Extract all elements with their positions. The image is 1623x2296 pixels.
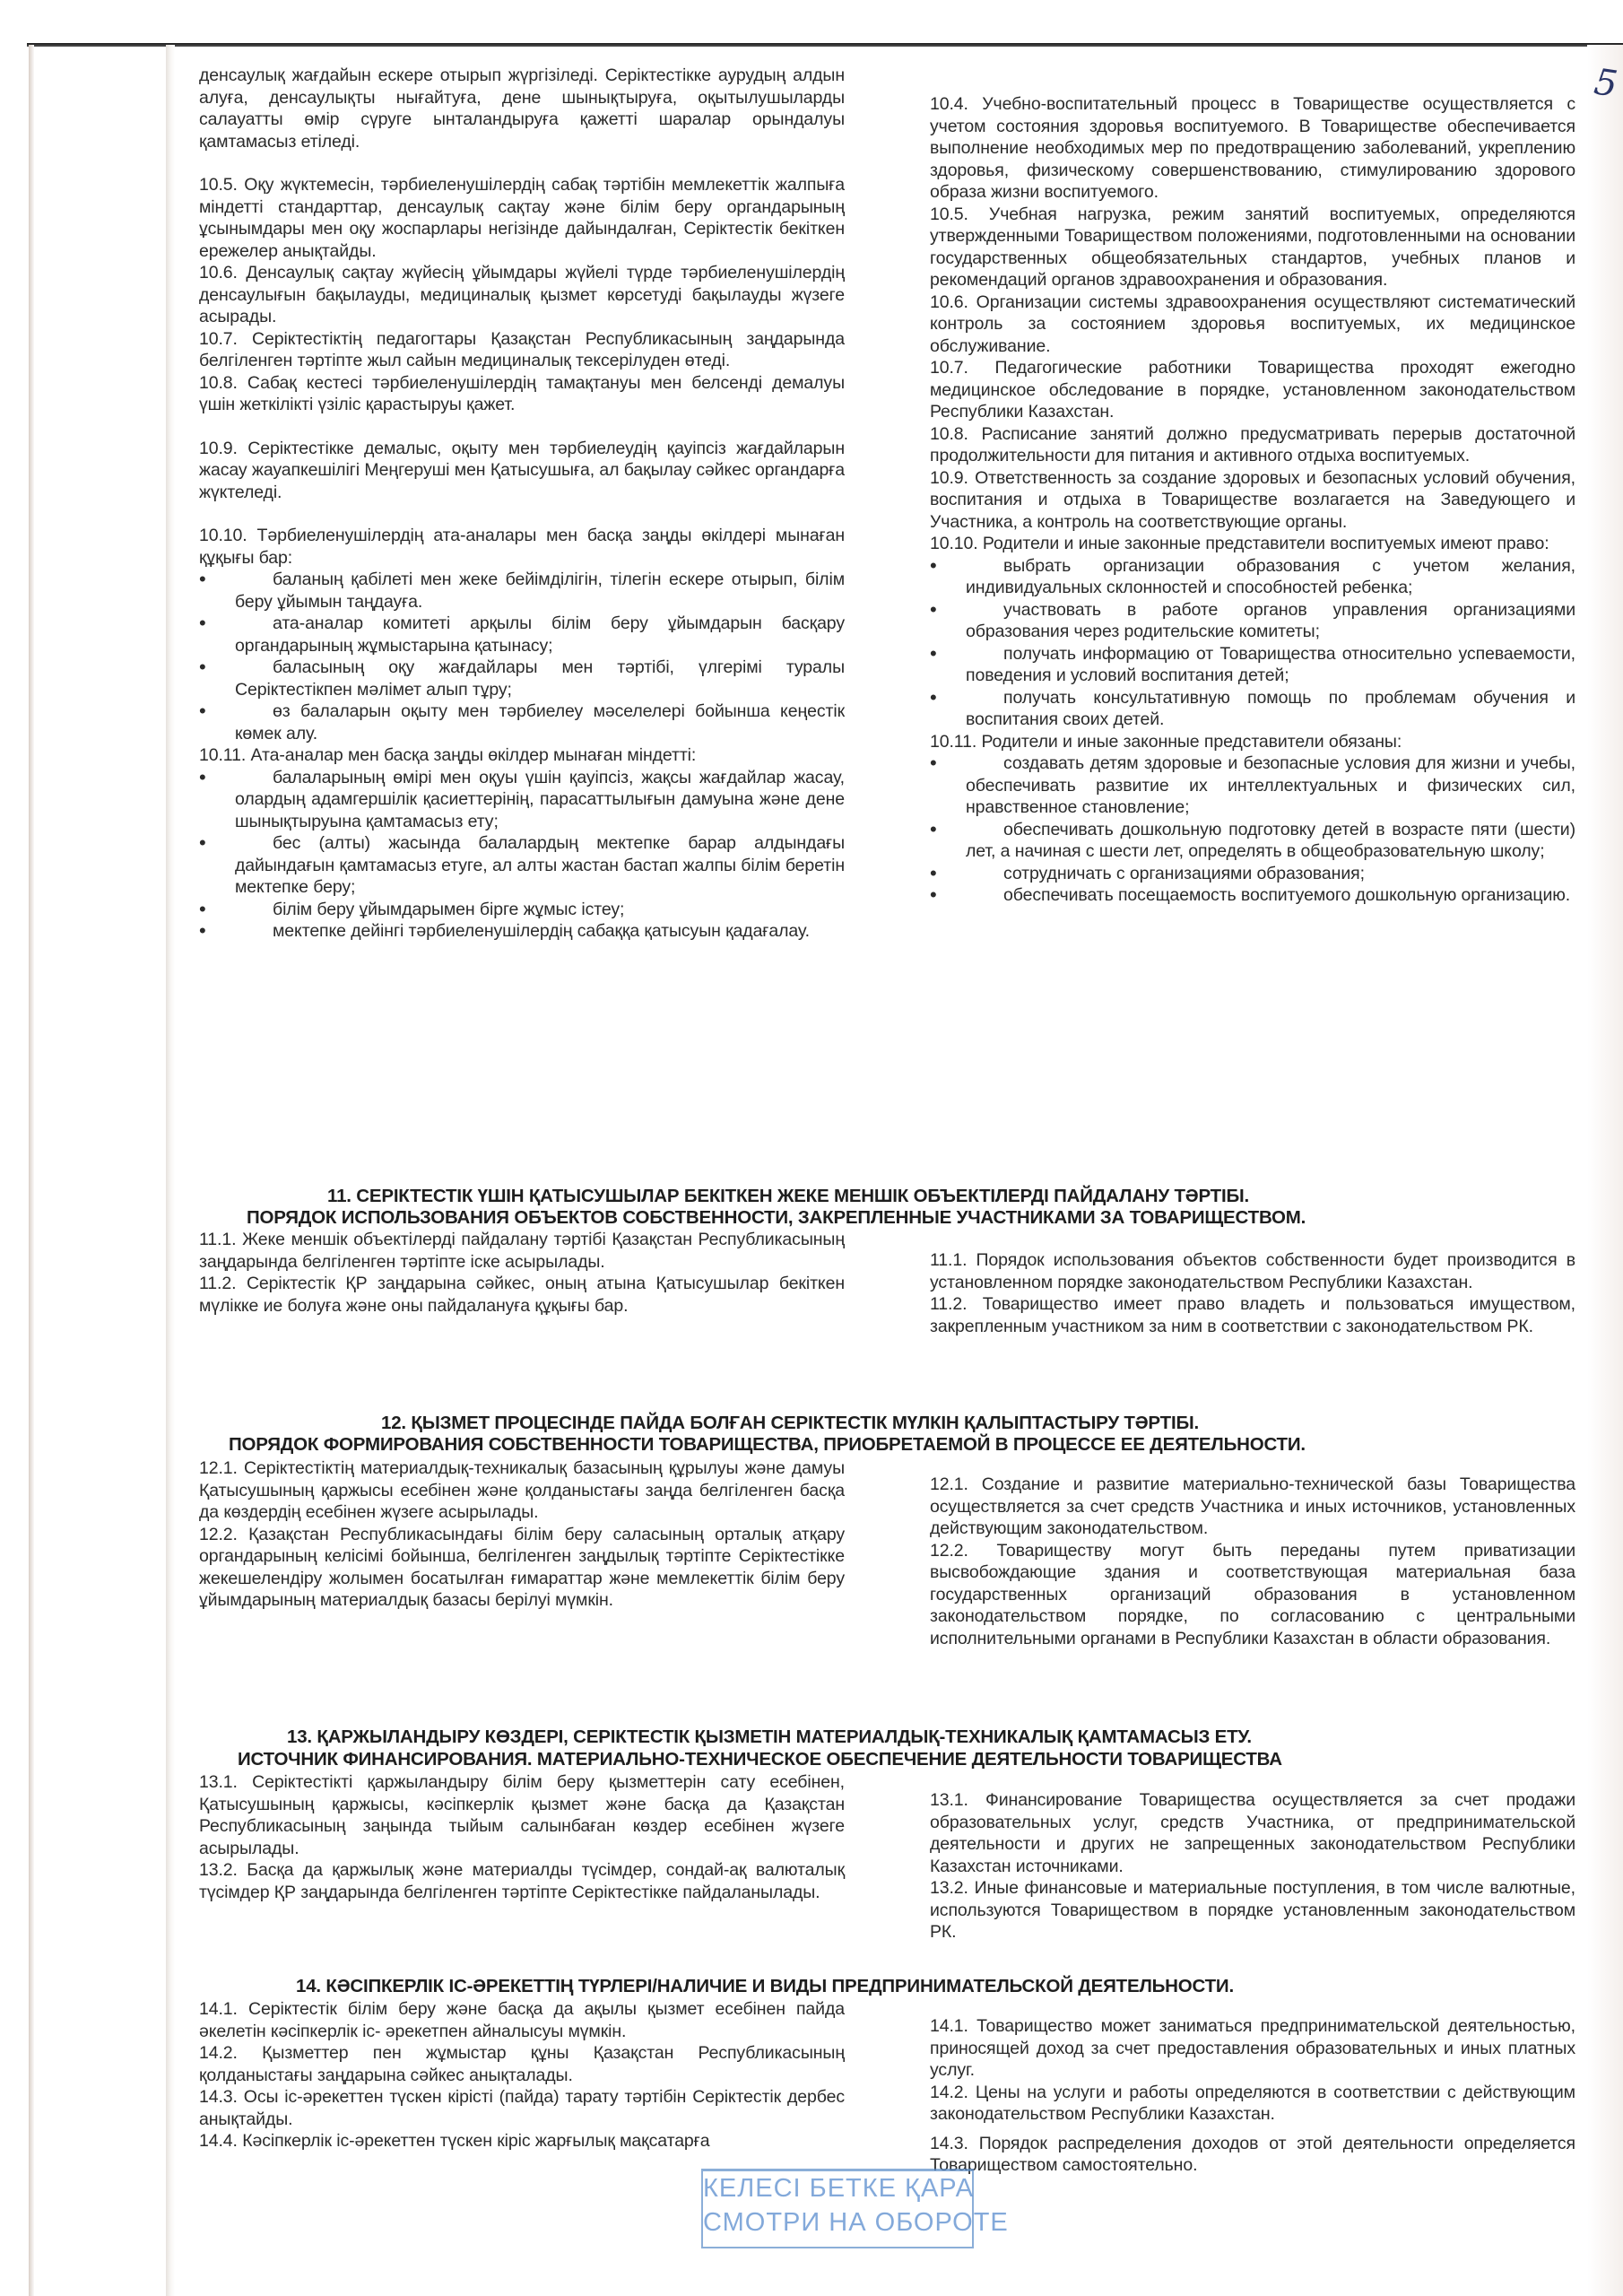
section-13-heading-kazakh: 13. ҚАРЖЫЛАНДЫРУ КӨЗДЕРІ, СЕРІКТЕСТІК ҚЫ… <box>287 1726 1252 1748</box>
paragraph: 14.3. Осы іс-әрекеттен түскен кірісті (п… <box>199 2086 845 2130</box>
paragraph: 10.5. Учебная нагрузка, режим занятий во… <box>930 204 1575 291</box>
section-13-heading-russian: ИСТОЧНИК ФИНАНСИРОВАНИЯ. МАТЕРИАЛЬНО-ТЕХ… <box>238 1749 1282 1770</box>
paragraph: 10.6. Денсаулық сақтау жүйесің ұйымдары … <box>199 262 845 328</box>
paragraph: 12.2. Қазақстан Республикасындағы білім … <box>199 1524 845 1612</box>
section-14-russian: 14.1. Товарищество может заниматься пред… <box>930 2015 1575 2177</box>
paragraph: 12.1. Серіктестіктің материалдық-техника… <box>199 1457 845 1524</box>
section-11-kazakh: 11.1. Жеке меншік объектілерді пайдалану… <box>199 1229 845 1317</box>
list-item: бес (алты) жасында балалардың мектепке б… <box>199 832 845 899</box>
paragraph: 10.7. Педагогические работники Товарищес… <box>930 357 1575 423</box>
paragraph: 14.2. Цены на услуги и работы определяют… <box>930 2082 1575 2126</box>
paragraph: 13.1. Финансирование Товарищества осущес… <box>930 1789 1575 1877</box>
paragraph: 10.8. Расписание занятий должно предусма… <box>930 423 1575 467</box>
paragraph: 10.10. Родители и иные законные представ… <box>930 533 1575 555</box>
list-item: сотрудничать с организациями образования… <box>930 863 1575 885</box>
list-item: выбрать организации образования с учетом… <box>930 555 1575 599</box>
section-13-russian: 13.1. Финансирование Товарищества осущес… <box>930 1789 1575 1944</box>
list-item: обеспечивать посещаемость воспитуемого д… <box>930 884 1575 907</box>
paragraph: 11.2. Серіктестік ҚР заңдарына сәйкес, о… <box>199 1273 845 1317</box>
rights-list: баланың қабілеті мен жеке бейімділігін, … <box>199 569 845 744</box>
section-11-russian: 11.1. Порядок использования объектов соб… <box>930 1249 1575 1337</box>
paragraph: 10.8. Сабақ кестесі тәрбиеленушілердің т… <box>199 372 845 416</box>
paragraph: 13.2. Басқа да қаржылық және материалды … <box>199 1859 845 1903</box>
section-11-heading-kazakh: 11. СЕРІКТЕСТІК ҮШІН ҚАТЫСУШЫЛАР БЕКІТКЕ… <box>327 1186 1249 1207</box>
paragraph: 14.3. Порядок распределения доходов от э… <box>930 2133 1575 2177</box>
list-item: мектепке дейінгі тәрбиеленушілердің саба… <box>199 920 845 943</box>
page-fold-shadow <box>166 45 175 2296</box>
rights-list: выбрать организации образования с учетом… <box>930 555 1575 731</box>
section-14-heading: 14. КӘСІПКЕРЛІК ІС-ӘРЕКЕТТІҢ ТҮРЛЕРІ/НАЛ… <box>296 1976 1234 1997</box>
paragraph: 14.1. Товарищество может заниматься пред… <box>930 2015 1575 2082</box>
duties-list: создавать детям здоровые и безопасные ус… <box>930 752 1575 907</box>
section-11-heading-russian: ПОРЯДОК ИСПОЛЬЗОВАНИЯ ОБЪЕКТОВ СОБСТВЕНН… <box>247 1207 1306 1229</box>
paragraph: 10.11. Ата-аналар мен басқа заңды өкілде… <box>199 744 845 767</box>
paragraph: 13.1. Серіктестікті қаржыландыру білім б… <box>199 1771 845 1859</box>
section-14-kazakh: 14.1. Серіктестік білім беру және басқа … <box>199 1998 845 2152</box>
see-reverse-stamp: КЕЛЕСІ БЕТКЕ ҚАРА СМОТРИ НА ОБОРОТЕ <box>701 2169 974 2248</box>
paragraph: 10.7. Серіктестіктің педагогтары Қазақст… <box>199 328 845 372</box>
list-item: баласының оқу жағдайлары мен тәртібі, үл… <box>199 657 845 700</box>
page-left-edge <box>29 45 34 2296</box>
paragraph: 14.4. Кәсіпкерлік іс-әрекеттен түскен кі… <box>199 2130 845 2152</box>
paragraph: 11.2. Товарищество имеет право владеть и… <box>930 1293 1575 1337</box>
stamp-line-kazakh: КЕЛЕСІ БЕТКЕ ҚАРА <box>703 2171 972 2205</box>
paragraph: 10.5. Оқу жүктемесін, тәрбиеленушілердің… <box>199 174 845 262</box>
list-item: білім беру ұйымдарымен бірге жұмыс істеу… <box>199 899 845 921</box>
paragraph: 11.1. Жеке меншік объектілерді пайдалану… <box>199 1229 845 1273</box>
paragraph: денсаулық жағдайын ескере отырып жүргізі… <box>199 65 845 152</box>
paragraph: 10.10. Тәрбиеленушілердің ата-аналары ме… <box>199 525 845 569</box>
paragraph: 14.2. Қызметтер пен жұмыстар құны Қазақс… <box>199 2042 845 2086</box>
section-12-kazakh: 12.1. Серіктестіктің материалдық-техника… <box>199 1457 845 1612</box>
list-item: баланың қабілеті мен жеке бейімділігін, … <box>199 569 845 613</box>
list-item: получать консультативную помощь по пробл… <box>930 687 1575 731</box>
duties-list: балаларының өмірі мен оқуы үшін қауіпсіз… <box>199 767 845 943</box>
section-12-russian: 12.1. Создание и развитие материально-те… <box>930 1474 1575 1649</box>
paragraph: 10.9. Ответственность за создание здоров… <box>930 467 1575 534</box>
paragraph: 10.9. Серіктестікке демалыс, оқыту мен т… <box>199 438 845 504</box>
list-item: балаларының өмірі мен оқуы үшін қауіпсіз… <box>199 767 845 833</box>
stamp-line-russian: СМОТРИ НА ОБОРОТЕ <box>703 2205 972 2239</box>
list-item: ата-аналар комитеті арқылы білім беру ұй… <box>199 613 845 657</box>
paragraph: 11.1. Порядок использования объектов соб… <box>930 1249 1575 1293</box>
paragraph: 12.1. Создание и развитие материально-те… <box>930 1474 1575 1540</box>
paragraph: 10.4. Учебно-воспитательный процесс в То… <box>930 93 1575 204</box>
paragraph: 12.2. Товариществу могут быть переданы п… <box>930 1540 1575 1650</box>
list-item: өз балаларын оқыту мен тәрбиелеу мәселел… <box>199 700 845 744</box>
section-10-russian: 10.4. Учебно-воспитательный процесс в То… <box>930 93 1575 907</box>
paragraph: 14.1. Серіктестік білім беру және басқа … <box>199 1998 845 2042</box>
list-item: создавать детям здоровые и безопасные ус… <box>930 752 1575 819</box>
section-13-kazakh: 13.1. Серіктестікті қаржыландыру білім б… <box>199 1771 845 1903</box>
section-12-heading-kazakh: 12. ҚЫЗМЕТ ПРОЦЕСІНДЕ ПАЙДА БОЛҒАН СЕРІК… <box>381 1413 1199 1434</box>
page-right-shadow <box>1587 45 1623 2296</box>
list-item: получать информацию от Товарищества отно… <box>930 643 1575 687</box>
section-12-heading-russian: ПОРЯДОК ФОРМИРОВАНИЯ СОБСТВЕННОСТИ ТОВАР… <box>229 1434 1306 1456</box>
paragraph: 10.6. Организации системы здравоохранени… <box>930 291 1575 358</box>
list-item: обеспечивать дошкольную подготовку детей… <box>930 819 1575 863</box>
list-item: участвовать в работе органов управления … <box>930 599 1575 643</box>
page-top-edge <box>27 43 1623 47</box>
paragraph: 10.11. Родители и иные законные представ… <box>930 731 1575 753</box>
paragraph: 13.2. Иные финансовые и материальные пос… <box>930 1877 1575 1944</box>
section-10-kazakh: денсаулық жағдайын ескере отырып жүргізі… <box>199 65 845 943</box>
